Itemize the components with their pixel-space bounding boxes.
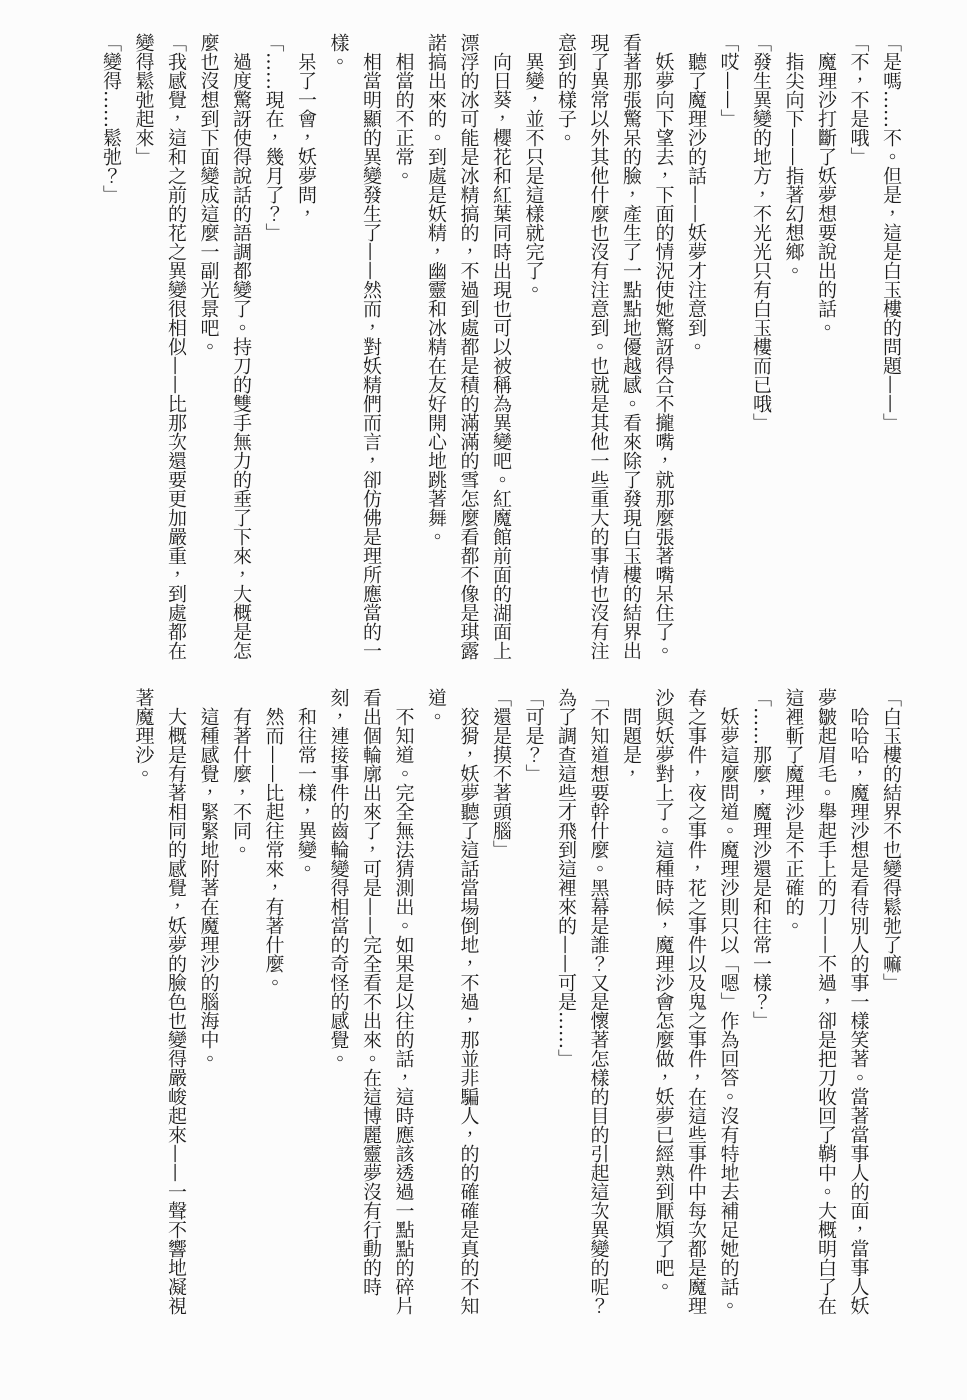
paragraph: 大概是有著相同的感覺，妖夢的臉色也變得嚴峻起來——一聲不響地凝視著魔理沙。 xyxy=(127,688,192,1315)
paragraph: 妖夢向下望去，下面的情況使她驚訝得合不攏嘴，就那麼張著嘴呆住了。 xyxy=(647,33,680,660)
paragraph: 「不知道想要幹什麼。黑幕是誰？又是懷著怎樣的目的引起這次異變的呢？為了調查這些才… xyxy=(550,688,615,1315)
paragraph: 「……那麼，魔理沙還是和往常一樣？」 xyxy=(745,688,778,1315)
top-text-block: 「是嗎……不。但是，這是白玉樓的問題——」「不，不是哦」 魔理沙打斷了妖夢想要說… xyxy=(95,33,908,660)
paragraph: 這種感覺，緊緊地附著在魔理沙的腦海中。 xyxy=(192,688,225,1315)
paragraph: 聽了魔理沙的話——妖夢才注意到。 xyxy=(680,33,713,660)
paragraph: 「白玉樓的結界不也變得鬆弛了嘛」 xyxy=(875,688,908,1315)
paragraph: 「……現在，幾月了？」 xyxy=(257,33,290,660)
paragraph: 「可是？」 xyxy=(517,688,550,1315)
paragraph: 指尖向下——指著幻想鄉。 xyxy=(777,33,810,660)
paragraph: 相當的不正常。 xyxy=(387,33,420,660)
paragraph: 魔理沙打斷了妖夢想要說出的話。 xyxy=(810,33,843,660)
paragraph: 「哎——」 xyxy=(712,33,745,660)
paragraph: 過度驚訝使得說話的語調都變了。持刀的雙手無力的垂了下來，大概是怎麼也沒想到下面變… xyxy=(192,33,257,660)
paragraph: 「我感覺，這和之前的花之異變很相似——比那次還要更加嚴重，到處都在變得鬆弛起來」 xyxy=(127,33,192,660)
paragraph: 「變得……鬆弛？」 xyxy=(95,33,128,660)
paragraph: 向日葵，櫻花和紅葉同時出現也可以被稱為異變吧。紅魔館前面的湖面上漂浮的冰可能是冰… xyxy=(420,33,518,660)
paragraph: 「是嗎……不。但是，這是白玉樓的問題——」 xyxy=(875,33,908,660)
paragraph: 妖夢這麼問道。魔理沙則只以「嗯」作為回答。沒有特地去補足她的話。春之事件，夜之事… xyxy=(647,688,745,1315)
paragraph: 問題是， xyxy=(615,688,648,1315)
bottom-text-block: 「白玉樓的結界不也變得鬆弛了嘛」 哈哈哈，魔理沙想是看待別人的事一樣笑著。當著當… xyxy=(127,688,907,1315)
paragraph: 相當明顯的異變發生了——然而，對妖精們而言，卻仿佛是理所應當的一樣。 xyxy=(322,33,387,660)
paragraph: 呆了一會，妖夢問， xyxy=(290,33,323,660)
paragraph: 「發生異變的地方，不光光只有白玉樓而已哦」 xyxy=(745,33,778,660)
paragraph: 不知道。完全無法猜測出。如果是以往的話，這時應該透過一點點的碎片看出個輪廓出來了… xyxy=(322,688,420,1315)
paragraph: 「不，不是哦」 xyxy=(842,33,875,660)
paragraph: 哈哈哈，魔理沙想是看待別人的事一樣笑著。當著當事人的面，當事人妖夢皺起眉毛。舉起… xyxy=(777,688,875,1315)
paragraph: 有著什麼，不同。 xyxy=(225,688,258,1315)
paragraph: 看著那張驚呆的臉，產生了一點點地優越感。看來除了發現白玉樓的結界出現了異常以外其… xyxy=(550,33,648,660)
novel-page: 「是嗎……不。但是，這是白玉樓的問題——」「不，不是哦」 魔理沙打斷了妖夢想要說… xyxy=(0,0,967,1400)
paragraph: 和往常一樣，異變。 xyxy=(290,688,323,1315)
paragraph: 狡猾，妖夢聽了這話當場倒地，不過，那並非騙人，的的確確是真的不知道。 xyxy=(420,688,485,1315)
paragraph: 然而——比起往常來，有著什麼。 xyxy=(257,688,290,1315)
paragraph: 異變，並不只是這樣就完了。 xyxy=(517,33,550,660)
paragraph: 「還是摸不著頭腦」 xyxy=(485,688,518,1315)
